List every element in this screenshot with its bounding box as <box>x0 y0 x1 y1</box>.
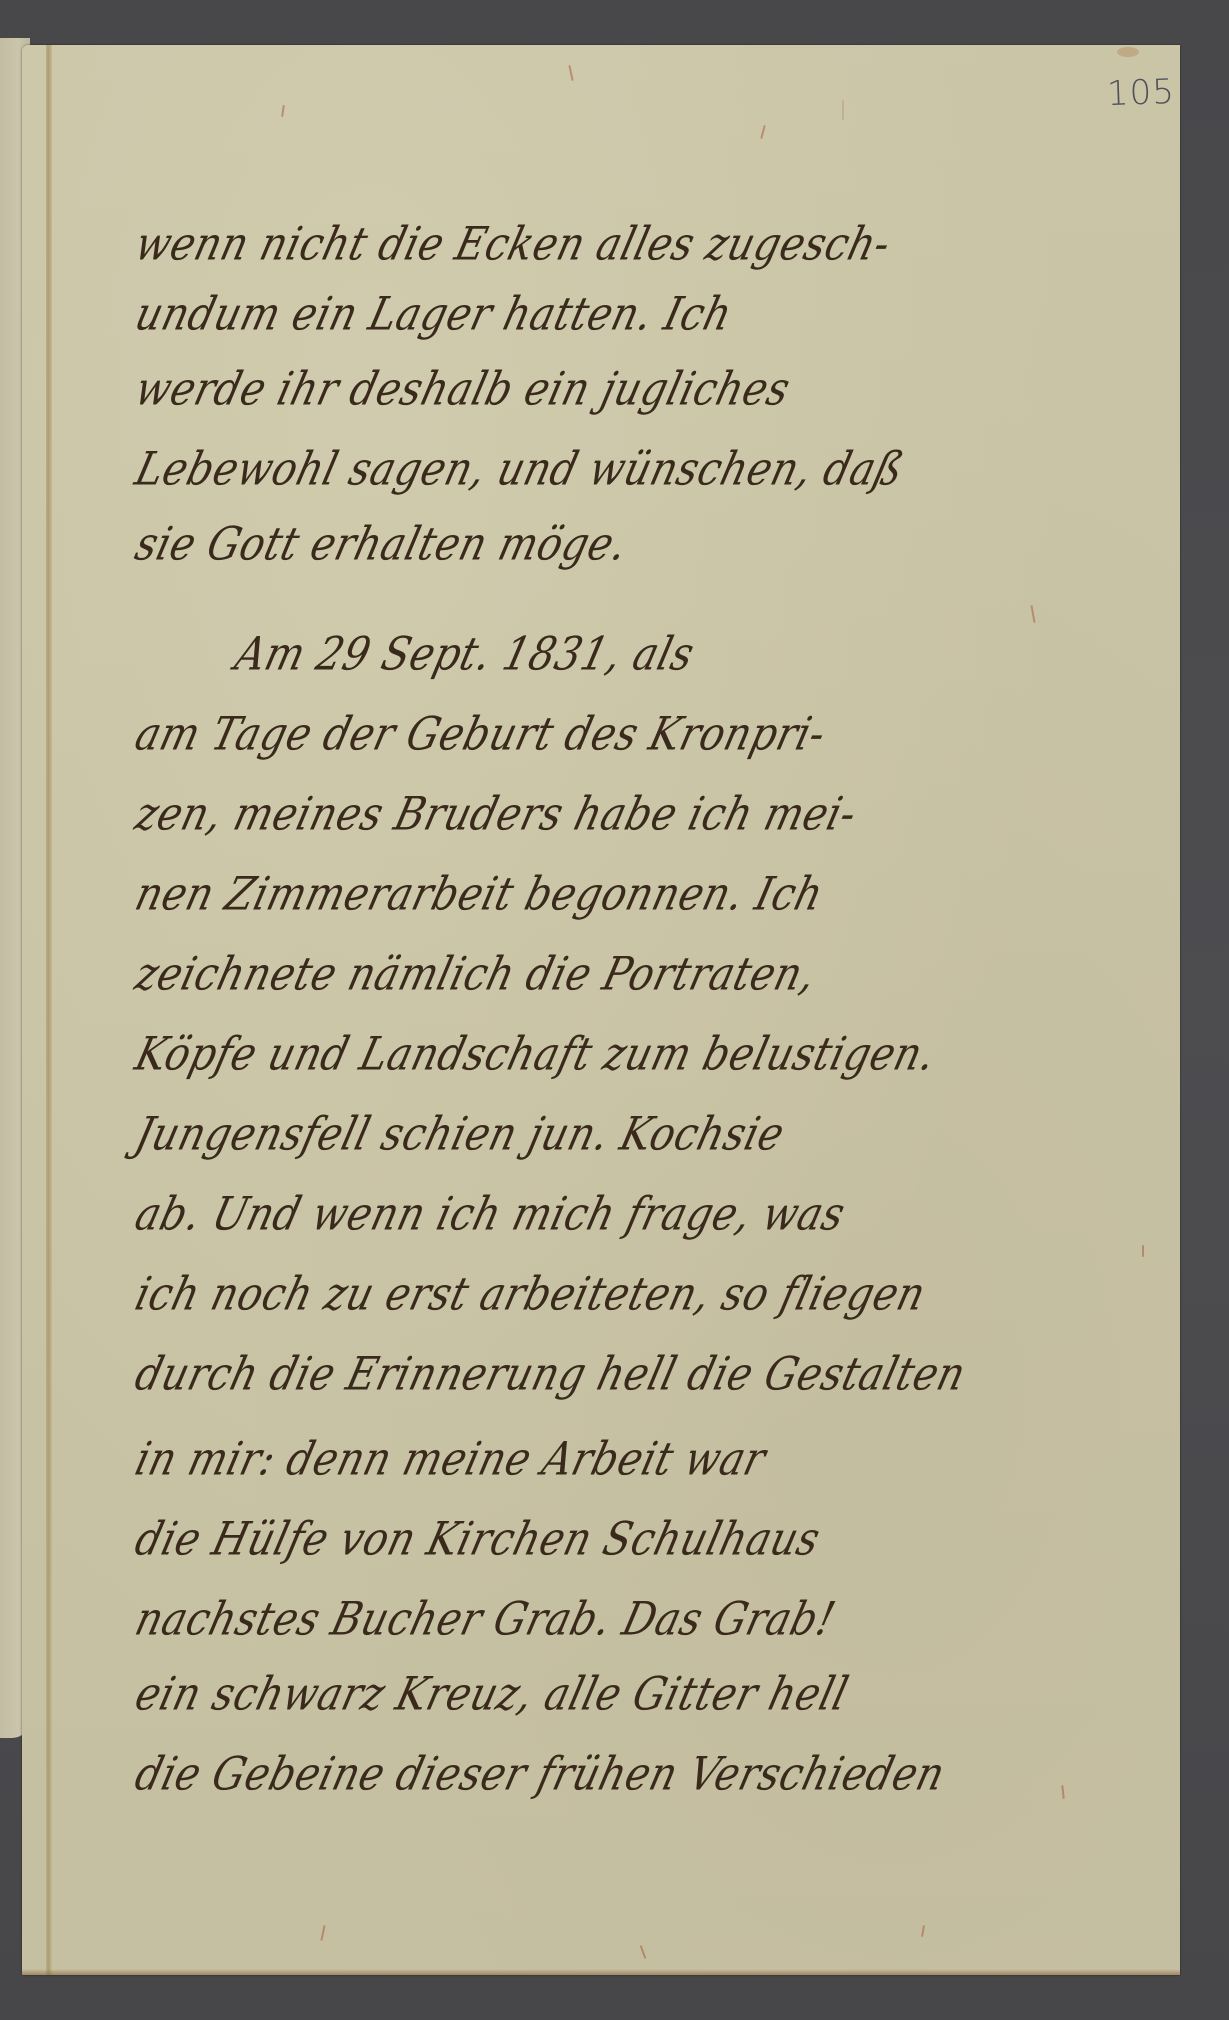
manuscript-scan: 105 wenn nicht die Ecken alles zugesch- … <box>0 0 1229 2020</box>
text-line: ich noch zu erst arbeiteten, so fliegen <box>130 1268 931 1321</box>
text-line: ein schwarz Kreuz, alle Gitter hell <box>130 1668 854 1721</box>
paper-fiber <box>281 105 285 117</box>
text-line: undum ein Lager hatten. Ich <box>130 288 737 341</box>
paper-fiber <box>921 1925 925 1937</box>
paper-stain <box>1117 47 1139 57</box>
text-line: Lebewohl sagen, und wünschen, daß <box>130 443 909 496</box>
paper-fiber <box>320 1925 325 1941</box>
text-line: zeichnete nämlich die Portraten, <box>130 948 821 1001</box>
text-line: nen Zimmerarbeit begonnen. Ich <box>130 868 828 921</box>
binding-gutter <box>46 45 52 1975</box>
text-line: wenn nicht die Ecken alles zugesch- <box>130 218 896 271</box>
paper-fiber <box>640 1945 647 1959</box>
text-line: Jungensfell schien jun. Kochsie <box>130 1108 790 1161</box>
paper-fiber <box>1061 1785 1064 1799</box>
page-number: 105 <box>1106 72 1175 114</box>
text-line: die Gebeine dieser frühen Verschieden <box>130 1748 950 1801</box>
text-line: zen, meines Bruders habe ich mei- <box>130 788 862 841</box>
manuscript-page: 105 wenn nicht die Ecken alles zugesch- … <box>22 45 1180 1975</box>
text-line: werde ihr deshalb ein jugliches <box>130 363 795 416</box>
paper-fiber <box>1142 1245 1144 1257</box>
text-line: ab. Und wenn ich mich frage, was <box>130 1188 850 1241</box>
text-line: Am 29 Sept. 1831, als <box>230 628 699 681</box>
text-line: die Hülfe von Kirchen Schulhaus <box>130 1513 825 1566</box>
text-line: in mir: denn meine Arbeit war <box>130 1433 771 1486</box>
text-line: sie Gott erhalten möge. <box>130 518 633 571</box>
paper-fiber <box>842 100 844 120</box>
paper-fiber <box>760 125 766 139</box>
text-line: nachstes Bucher Grab. Das Grab! <box>130 1593 841 1646</box>
paper-fiber <box>1030 605 1035 623</box>
text-line: durch die Erinnerung hell die Gestalten <box>130 1348 971 1401</box>
text-line: Köpfe und Landschaft zum belustigen. <box>130 1028 941 1081</box>
paper-fiber <box>568 65 573 81</box>
text-line: am Tage der Geburt des Kronpri- <box>130 708 831 761</box>
